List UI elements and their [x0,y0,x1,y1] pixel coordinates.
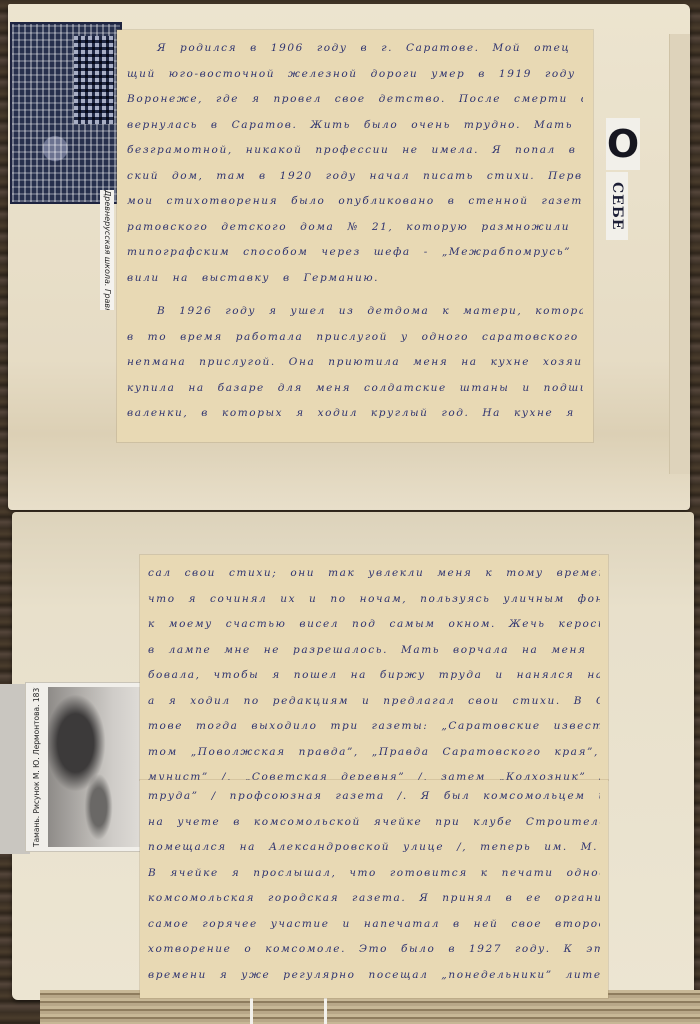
note-line: том „Поволжская правда”, „Правда Саратов… [148,740,600,766]
note-line: купила на базаре для меня солдатские шта… [127,376,583,402]
note-line: в лампе мне не разрешалось. Мать ворчала… [148,638,600,664]
note-line: самое горячее участие и напечатал в ней … [148,912,600,938]
sketch-image [48,687,140,847]
note-line: помещался на Александровской улице /, те… [148,835,600,861]
note-line: что я сочинял их и по ночам, пользуясь у… [148,587,600,613]
note-line: тове тогда выходило три газеты: „Саратов… [148,714,600,740]
note-line: безграмотной, никакой профессии не имела… [127,138,583,164]
engraving-image [10,22,122,204]
note-line: в то время работала прислугой у одного с… [127,325,583,351]
heading-letter-o: О [606,118,640,170]
page-edge-flap [669,34,690,474]
heading-word-sebe: СЕБЕ [606,172,628,240]
note-line: времени я уже регулярно посещал „понедел… [148,963,600,989]
note-line: хотворение о комсомоле. Это было в 1927 … [148,937,600,963]
lermontov-sketch-card: Тамань. Рисунок М. Ю. Лермонтова. 1837 г… [26,683,144,851]
note-line: мои стихотворения было опубликовано в ст… [127,189,583,215]
note-line: типографским способом через шефа - „Межр… [127,240,583,266]
engraving-caption: Древнерусская школа. Гравюра [100,190,114,310]
note-line: бовала, чтобы я пошел на биржу труда и н… [148,663,600,689]
note-line: щий юго-восточной железной дороги умер в… [127,62,583,88]
note-line: В ячейке я прослышал, что готовится к пе… [148,861,600,887]
note-line: комсомольская городская газета. Я принял… [148,886,600,912]
sketch-caption: Тамань. Рисунок М. Ю. Лермонтова. 1837 г… [29,687,45,847]
note-line: Воронеже, где я провел свое детство. Пос… [127,87,583,113]
note-line: ратовского детского дома № 21, которую р… [127,215,583,241]
handwritten-note-bottom-1: сал свои стихи; они так увлекли меня к т… [140,555,608,780]
note-line: труда” / профсоюзная газета /. Я был ком… [148,784,600,810]
note-line: к моему счастью висел под самым окном. Ж… [148,612,600,638]
note-line: вернулась в Саратов. Жить было очень тру… [127,113,583,139]
handwritten-note-bottom-2: труда” / профсоюзная газета /. Я был ком… [140,780,608,998]
note-line: В 1926 году я ушел из детдома к матери, … [127,299,583,325]
note-line: а я ходил по редакциям и предлагал свои … [148,689,600,715]
note-line: сал свои стихи; они так увлекли меня к т… [148,561,600,587]
handwritten-note-top: Я родился в 1906 году в г. Саратове. Мой… [117,30,593,442]
note-line: на учете в комсомольской ячейке при клуб… [148,810,600,836]
note-line: непмана прислугой. Она приютила меня на … [127,350,583,376]
note-line: ский дом, там в 1920 году начал писать с… [127,164,583,190]
note-line: вили на выставку в Германию. [127,266,583,292]
note-line: Я родился в 1906 году в г. Саратове. Мой… [127,36,583,62]
note-line: валенки, в которых я ходил круглый год. … [127,401,583,427]
engraving-window-detail [74,36,114,124]
